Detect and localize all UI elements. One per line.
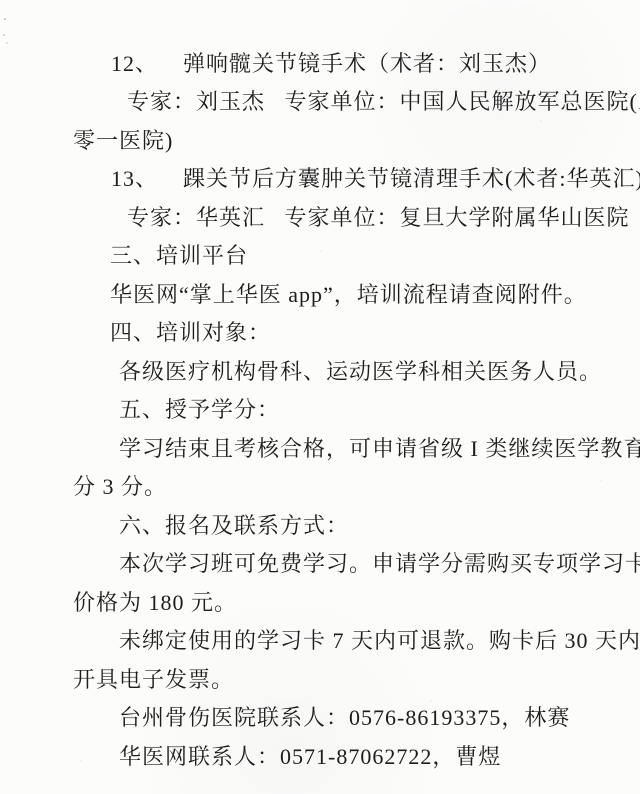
scan-noise (0, 0, 2, 2)
line-text: 本次学习班可免费学习。申请学分需购买专项学习卡， (119, 551, 640, 576)
line-text: 未绑定使用的学习卡 7 天内可退款。购卡后 30 天内可 (119, 628, 640, 653)
list-number: 13、 (111, 160, 183, 199)
line-text: 四、培训对象： (110, 320, 271, 345)
line-text: 弹响髋关节镜手术（术者：刘玉杰） (183, 51, 551, 76)
line-text: 三、培训平台 (110, 243, 248, 268)
line-text: 六、报名及联系方式： (119, 513, 349, 538)
line-text: 台州骨伤医院联系人：0576-86193375，林赛 (119, 705, 570, 730)
line-text: 开具电子发票。 (73, 667, 234, 692)
line-text: 华医网“掌上华医 app”，培训流程请查阅附件。 (110, 282, 587, 307)
line-text: 零一医院) (73, 128, 173, 153)
document-page: 12、弹响髋关节镜手术（术者：刘玉杰） 专家：刘玉杰 专家单位：中国人民解放军总… (0, 0, 640, 794)
line-text: 专家：刘玉杰 专家单位：中国人民解放军总医院(三 (127, 89, 640, 114)
line-text: 分 3 分。 (73, 474, 167, 499)
line-text: 学习结束且考核合格，可申请省级 I 类继续医学教育学 (119, 436, 640, 461)
line-text: 五、授予学分： (119, 397, 280, 422)
line-text: 踝关节后方囊肿关节镜清理手术(术者:华英汇) (183, 166, 640, 191)
line-text: 华医网联系人：0571-87062722，曹煜 (119, 744, 501, 769)
line-text: 各级医疗机构骨科、运动医学科相关医务人员。 (119, 359, 602, 384)
list-item-12: 12、弹响髋关节镜手术（术者：刘玉杰） (0, 6, 640, 45)
line-text: 专家：华英汇 专家单位：复旦大学附属华山医院 (127, 205, 630, 230)
line-text: 价格为 180 元。 (73, 590, 237, 615)
list-number: 12、 (111, 45, 183, 84)
